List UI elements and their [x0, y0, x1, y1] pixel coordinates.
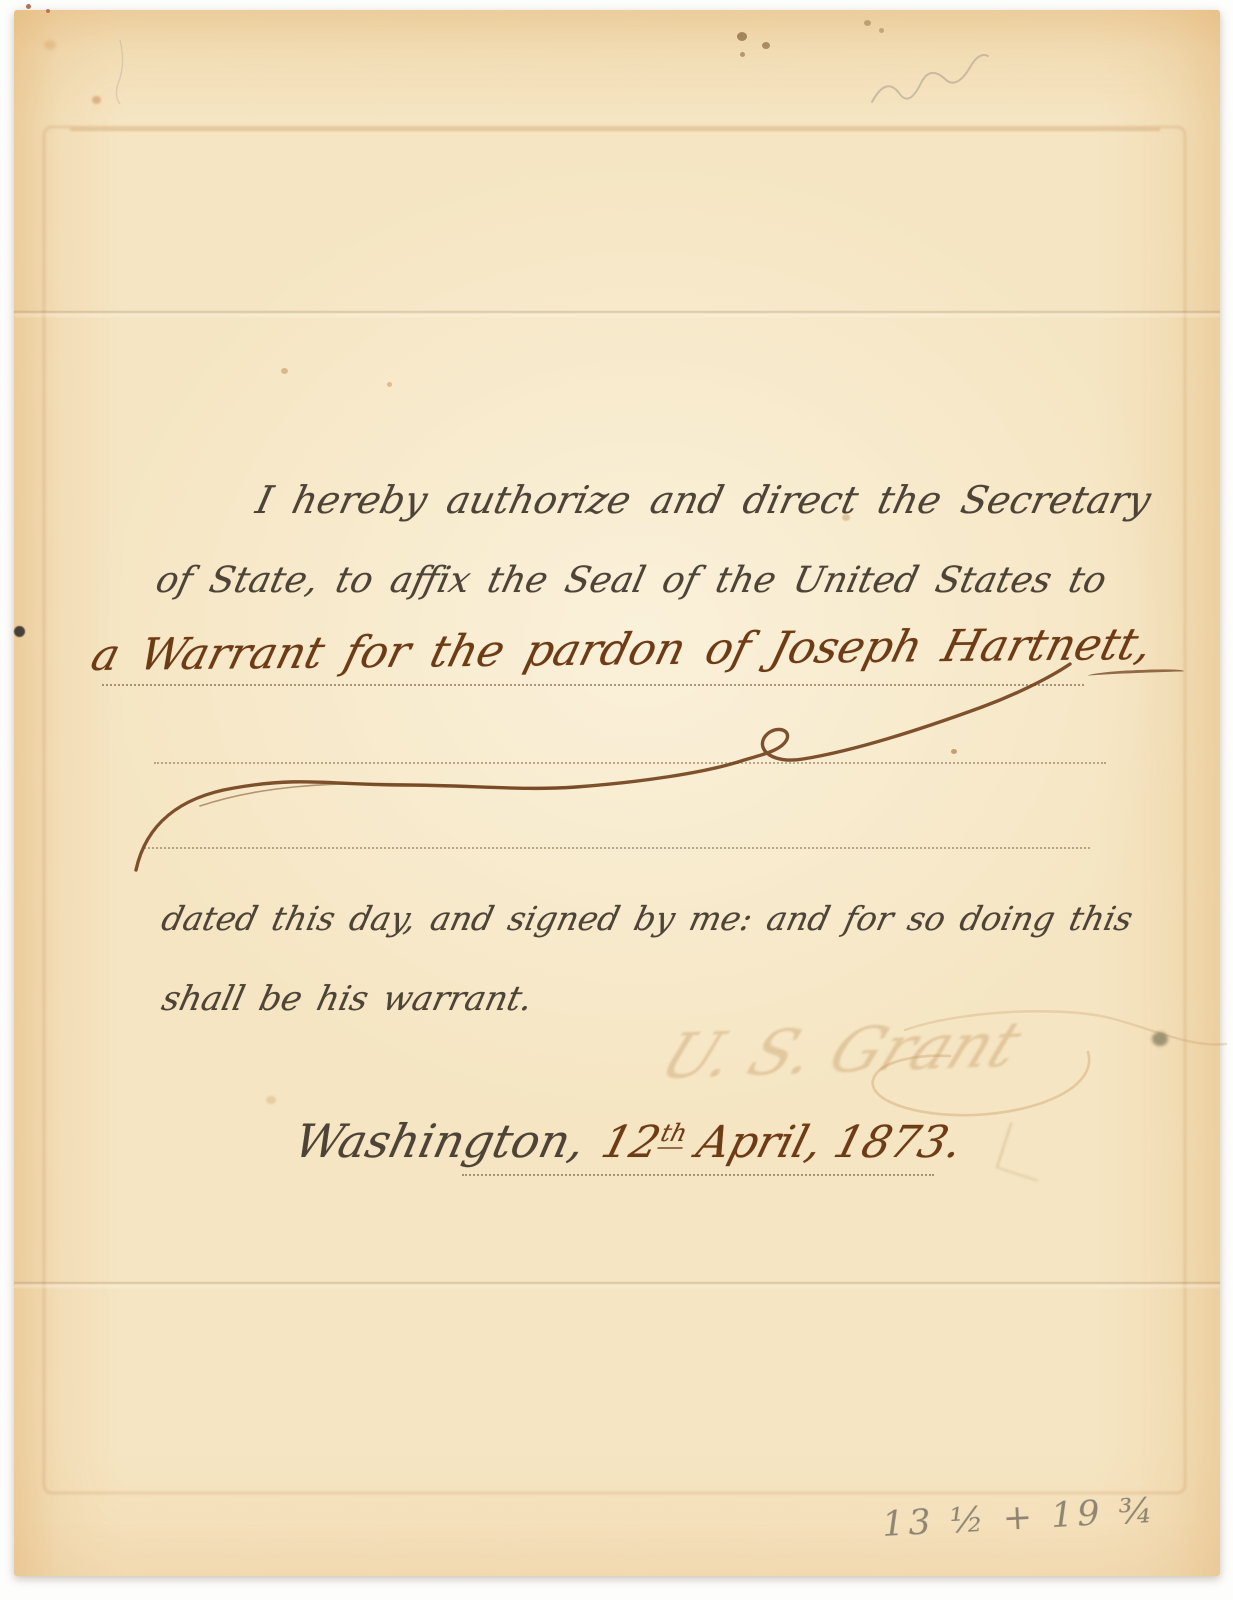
- foxing-spot: [740, 52, 745, 57]
- foxing-spot: [281, 368, 288, 374]
- foxing-spot: [951, 749, 957, 754]
- red-speck: [46, 9, 50, 13]
- foxing-spot: [387, 382, 392, 387]
- foxing-spot: [762, 42, 770, 49]
- foxing-spot: [842, 514, 850, 521]
- stain-olive: [1152, 1032, 1168, 1046]
- foxing-spot: [864, 20, 871, 26]
- foxing-spot: [44, 40, 56, 50]
- pencil-scribble: [0, 0, 1233, 1600]
- ink-blot-left-edge: [14, 626, 25, 637]
- scanned-document-page: I hereby authorize and direct the Secret…: [0, 0, 1233, 1600]
- foxing-spot: [92, 96, 101, 104]
- foxing-spot: [266, 1096, 276, 1104]
- foxing-spot: [879, 28, 884, 33]
- red-speck: [26, 4, 31, 9]
- foxing-spot: [737, 32, 747, 41]
